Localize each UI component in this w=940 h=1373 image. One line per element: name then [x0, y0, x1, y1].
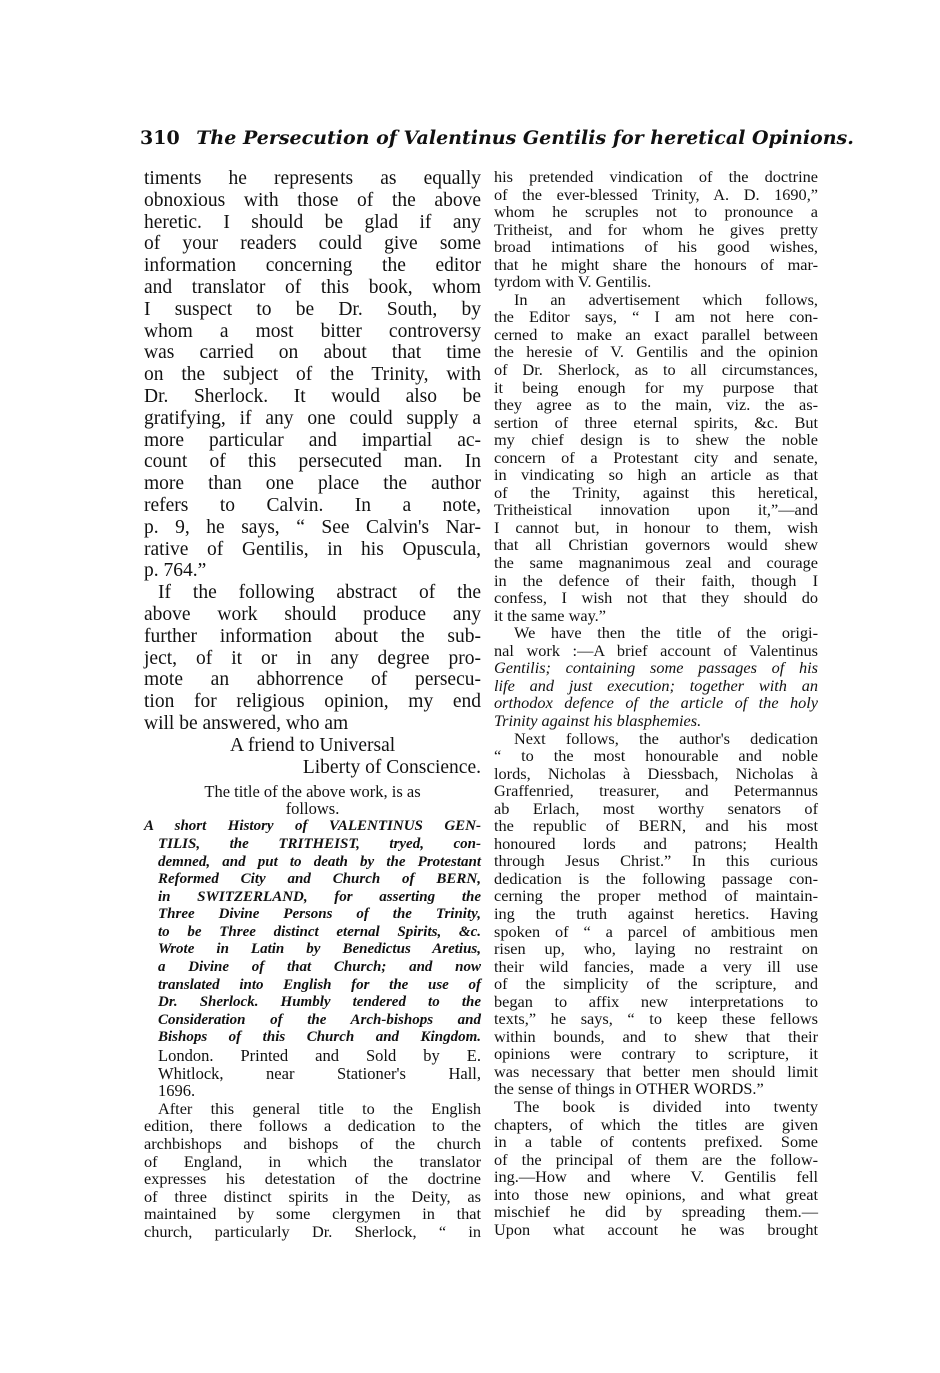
text-line: chapters, of which the titles are given: [494, 1116, 818, 1134]
text-line: it being enough for my purpose that: [494, 379, 818, 397]
text-line: obnoxious with those of the above: [144, 190, 481, 212]
text-line: ab Erlach, most worthy senators of: [494, 800, 818, 818]
book-title-line: Dr. Sherlock. Humbly tendered to the: [144, 994, 481, 1012]
imprint-line: London. Printed and Sold by E.: [144, 1047, 481, 1065]
text-line: orthodox defence of the article of the h…: [494, 694, 818, 712]
text-line: the same magnanimous zeal and courage: [494, 554, 818, 572]
text-line: will be answered, who am: [144, 713, 481, 735]
text-line: Trinity against his blasphemies.: [494, 712, 818, 730]
text-line: sertion of three eternal spirits, &c. Bu…: [494, 414, 818, 432]
text-line: began to affix new interpretations to: [494, 993, 818, 1011]
text-line: refers to Calvin. In a note,: [144, 495, 481, 517]
text-line: spoken of “ a parcel of ambitious men: [494, 923, 818, 941]
text-line: in a table of contents prefixed. Some: [494, 1133, 818, 1151]
text-line: into those new opinions, and what great: [494, 1186, 818, 1204]
text-line: tyrdom with V. Gentilis.: [494, 273, 818, 291]
text-line: life and just execution; together with a…: [494, 677, 818, 695]
text-line: that all Christian governors would shew: [494, 536, 818, 554]
text-line: of England, in which the translator: [144, 1153, 481, 1171]
text-line: I cannot but, in honour to them, wish: [494, 519, 818, 537]
text-line: honoured lords and patrons; Health: [494, 835, 818, 853]
text-line: Tritheist, and for whom he gives pretty: [494, 221, 818, 239]
text-line: on the subject of the Trinity, with: [144, 364, 481, 386]
book-title-line: demned, and put to death by the Protesta…: [144, 854, 481, 872]
text-line: ing the truth against heretics. Having: [494, 905, 818, 923]
book-title-line: Three Divine Persons of the Trinity,: [144, 906, 481, 924]
text-line: heretic. I should be glad if any: [144, 212, 481, 234]
text-line: p. 764.”: [144, 560, 481, 582]
text-line: his pretended vindication of the doctrin…: [494, 168, 818, 186]
running-head: 310 The Persecution of Valentinus Gentil…: [140, 127, 820, 153]
book-title-line: Consideration of the Arch-bishops and: [144, 1012, 481, 1030]
text-line: above work should produce any: [144, 604, 481, 626]
text-line: through Jesus Christ.” In this curious: [494, 852, 818, 870]
text-line: confess, I wish not that they should do: [494, 589, 818, 607]
right-column: his pretended vindication of the doctrin…: [494, 168, 818, 1238]
text-line: expresses his detestation of the doctrin…: [144, 1170, 481, 1188]
text-line: After this general title to the English: [144, 1100, 481, 1118]
book-title-line: TILIS, the TRITHEIST, tryed, con-: [144, 836, 481, 854]
text-line: within bounds, and to shew that their: [494, 1028, 818, 1046]
text-line: more particular and impartial ac-: [144, 430, 481, 452]
text-line: p. 9, he says, “ See Calvin's Nar-: [144, 517, 481, 539]
title-intro-line-2: follows.: [144, 801, 481, 818]
text-line: in the defence of their faith, though I: [494, 572, 818, 590]
text-line: the republic of BERN, and his most: [494, 817, 818, 835]
scanned-page: 310 The Persecution of Valentinus Gentil…: [0, 0, 940, 1373]
text-line: church, particularly Dr. Sherlock, “ in: [144, 1223, 481, 1241]
text-line: In an advertisement which follows,: [494, 291, 818, 309]
text-line: If the following abstract of the: [144, 582, 481, 604]
text-line: of three distinct spirits in the Deity, …: [144, 1188, 481, 1206]
imprint-line: Whitlock, near Stationer's Hall,: [144, 1065, 481, 1083]
text-line: maintained by some clergymen in that: [144, 1205, 481, 1223]
text-line: the heresie of V. Gentilis and the opini…: [494, 343, 818, 361]
text-line: the Editor says, “ I am not here con-: [494, 308, 818, 326]
text-line: Tritheistical innovation upon it,”—and: [494, 501, 818, 519]
text-line: texts,” he says, “ to keep these fellows: [494, 1010, 818, 1028]
running-head-title: The Persecution of Valentinus Gentilis f…: [196, 127, 854, 149]
book-title-line: a Divine of that Church; and now: [144, 959, 481, 977]
left-column: timents he represents as equally obnoxio…: [144, 168, 481, 1241]
text-line: cerned to make an exact parallel between: [494, 326, 818, 344]
text-line: risen up, who, laying no restraint on: [494, 940, 818, 958]
text-line: was carried on about that time: [144, 342, 481, 364]
text-line: whom a most bitter controversy: [144, 321, 481, 343]
book-title-line: to be Three distinct eternal Spirits, &c…: [144, 924, 481, 942]
text-line: gratifying, if any one could supply a: [144, 408, 481, 430]
signature-line-2: Liberty of Conscience.: [144, 757, 481, 779]
text-line: concern of a Protestant city and senate,: [494, 449, 818, 467]
text-line: count of this persecuted man. In: [144, 451, 481, 473]
text-line: of the ever-blessed Trinity, A. D. 1690,…: [494, 186, 818, 204]
book-title-line: Wrote in Latin by Benedictus Aretius,: [144, 941, 481, 959]
text-line: Dr. Sherlock. It would also be: [144, 386, 481, 408]
text-line: more than one place the author: [144, 473, 481, 495]
text-line: of the simplicity of the scripture, and: [494, 975, 818, 993]
text-line: it the same way.”: [494, 607, 818, 625]
book-title-line: in SWITZERLAND, for asserting the: [144, 889, 481, 907]
text-line: Gentilis; containing some passages of hi…: [494, 659, 818, 677]
text-line: further information about the sub-: [144, 626, 481, 648]
book-title-line: translated into English for the use of: [144, 977, 481, 995]
text-line: whom he scruples not to pronounce a: [494, 203, 818, 221]
text-line: Graffenried, treasurer, and Petermannus: [494, 782, 818, 800]
text-line: of Dr. Sherlock, as to all circumstances…: [494, 361, 818, 379]
text-line: “ to the most honourable and noble: [494, 747, 818, 765]
text-line: their wild fancies, made a very ill use: [494, 958, 818, 976]
text-line: mote an abhorrence of persecu-: [144, 669, 481, 691]
text-line: archbishops and bishops of the church: [144, 1135, 481, 1153]
text-line: mischief he did by spreading them.—: [494, 1203, 818, 1221]
text-line: edition, there follows a dedication to t…: [144, 1117, 481, 1135]
text-line: was necessary that better men should lim…: [494, 1063, 818, 1081]
text-line: of the Trinity, against this heretical,: [494, 484, 818, 502]
text-line: opinions were contrary to scripture, it: [494, 1045, 818, 1063]
text-line: cerning the proper method of maintain-: [494, 887, 818, 905]
text-line: nal work :—A brief account of Valentinus: [494, 642, 818, 660]
text-line: dedication is the following passage con-: [494, 870, 818, 888]
text-line: my chief design is to shew the noble: [494, 431, 818, 449]
text-line: Next follows, the author's dedication: [494, 730, 818, 748]
text-line: they agree as to the main, viz. the as-: [494, 396, 818, 414]
text-line: We have then the title of the origi-: [494, 624, 818, 642]
book-title-line: Reformed City and Church of BERN,: [144, 871, 481, 889]
text-line: information concerning the editor: [144, 255, 481, 277]
book-title-line: A short History of VALENTINUS GEN-: [144, 818, 481, 836]
text-line: of your readers could give some: [144, 233, 481, 255]
text-line: of the principal of them are the follow-: [494, 1151, 818, 1169]
text-line: The book is divided into twenty: [494, 1098, 818, 1116]
text-line: timents he represents as equally: [144, 168, 481, 190]
text-line: the sense of things in OTHER WORDS.”: [494, 1080, 818, 1098]
text-line: broad intimations of his good wishes,: [494, 238, 818, 256]
text-line: ject, of it or in any degree pro-: [144, 648, 481, 670]
text-line: and translator of this book, whom: [144, 277, 481, 299]
text-line: that he might share the honours of mar-: [494, 256, 818, 274]
imprint-line: 1696.: [144, 1082, 481, 1100]
text-line: lords, Nicholas à Diessbach, Nicholas à: [494, 765, 818, 783]
signature-line-1: A friend to Universal: [144, 735, 481, 757]
text-line: rative of Gentilis, in his Opuscula,: [144, 539, 481, 561]
text-line: tion for religious opinion, my end: [144, 691, 481, 713]
text-line: I suspect to be Dr. South, by: [144, 299, 481, 321]
page-number: 310: [140, 127, 180, 149]
text-line: ing.—How and where V. Gentilis fell: [494, 1168, 818, 1186]
text-line: Upon what account he was brought: [494, 1221, 818, 1239]
book-title-line: Bishops of this Church and Kingdom.: [144, 1029, 481, 1047]
text-line: in vindicating so high an article as tha…: [494, 466, 818, 484]
